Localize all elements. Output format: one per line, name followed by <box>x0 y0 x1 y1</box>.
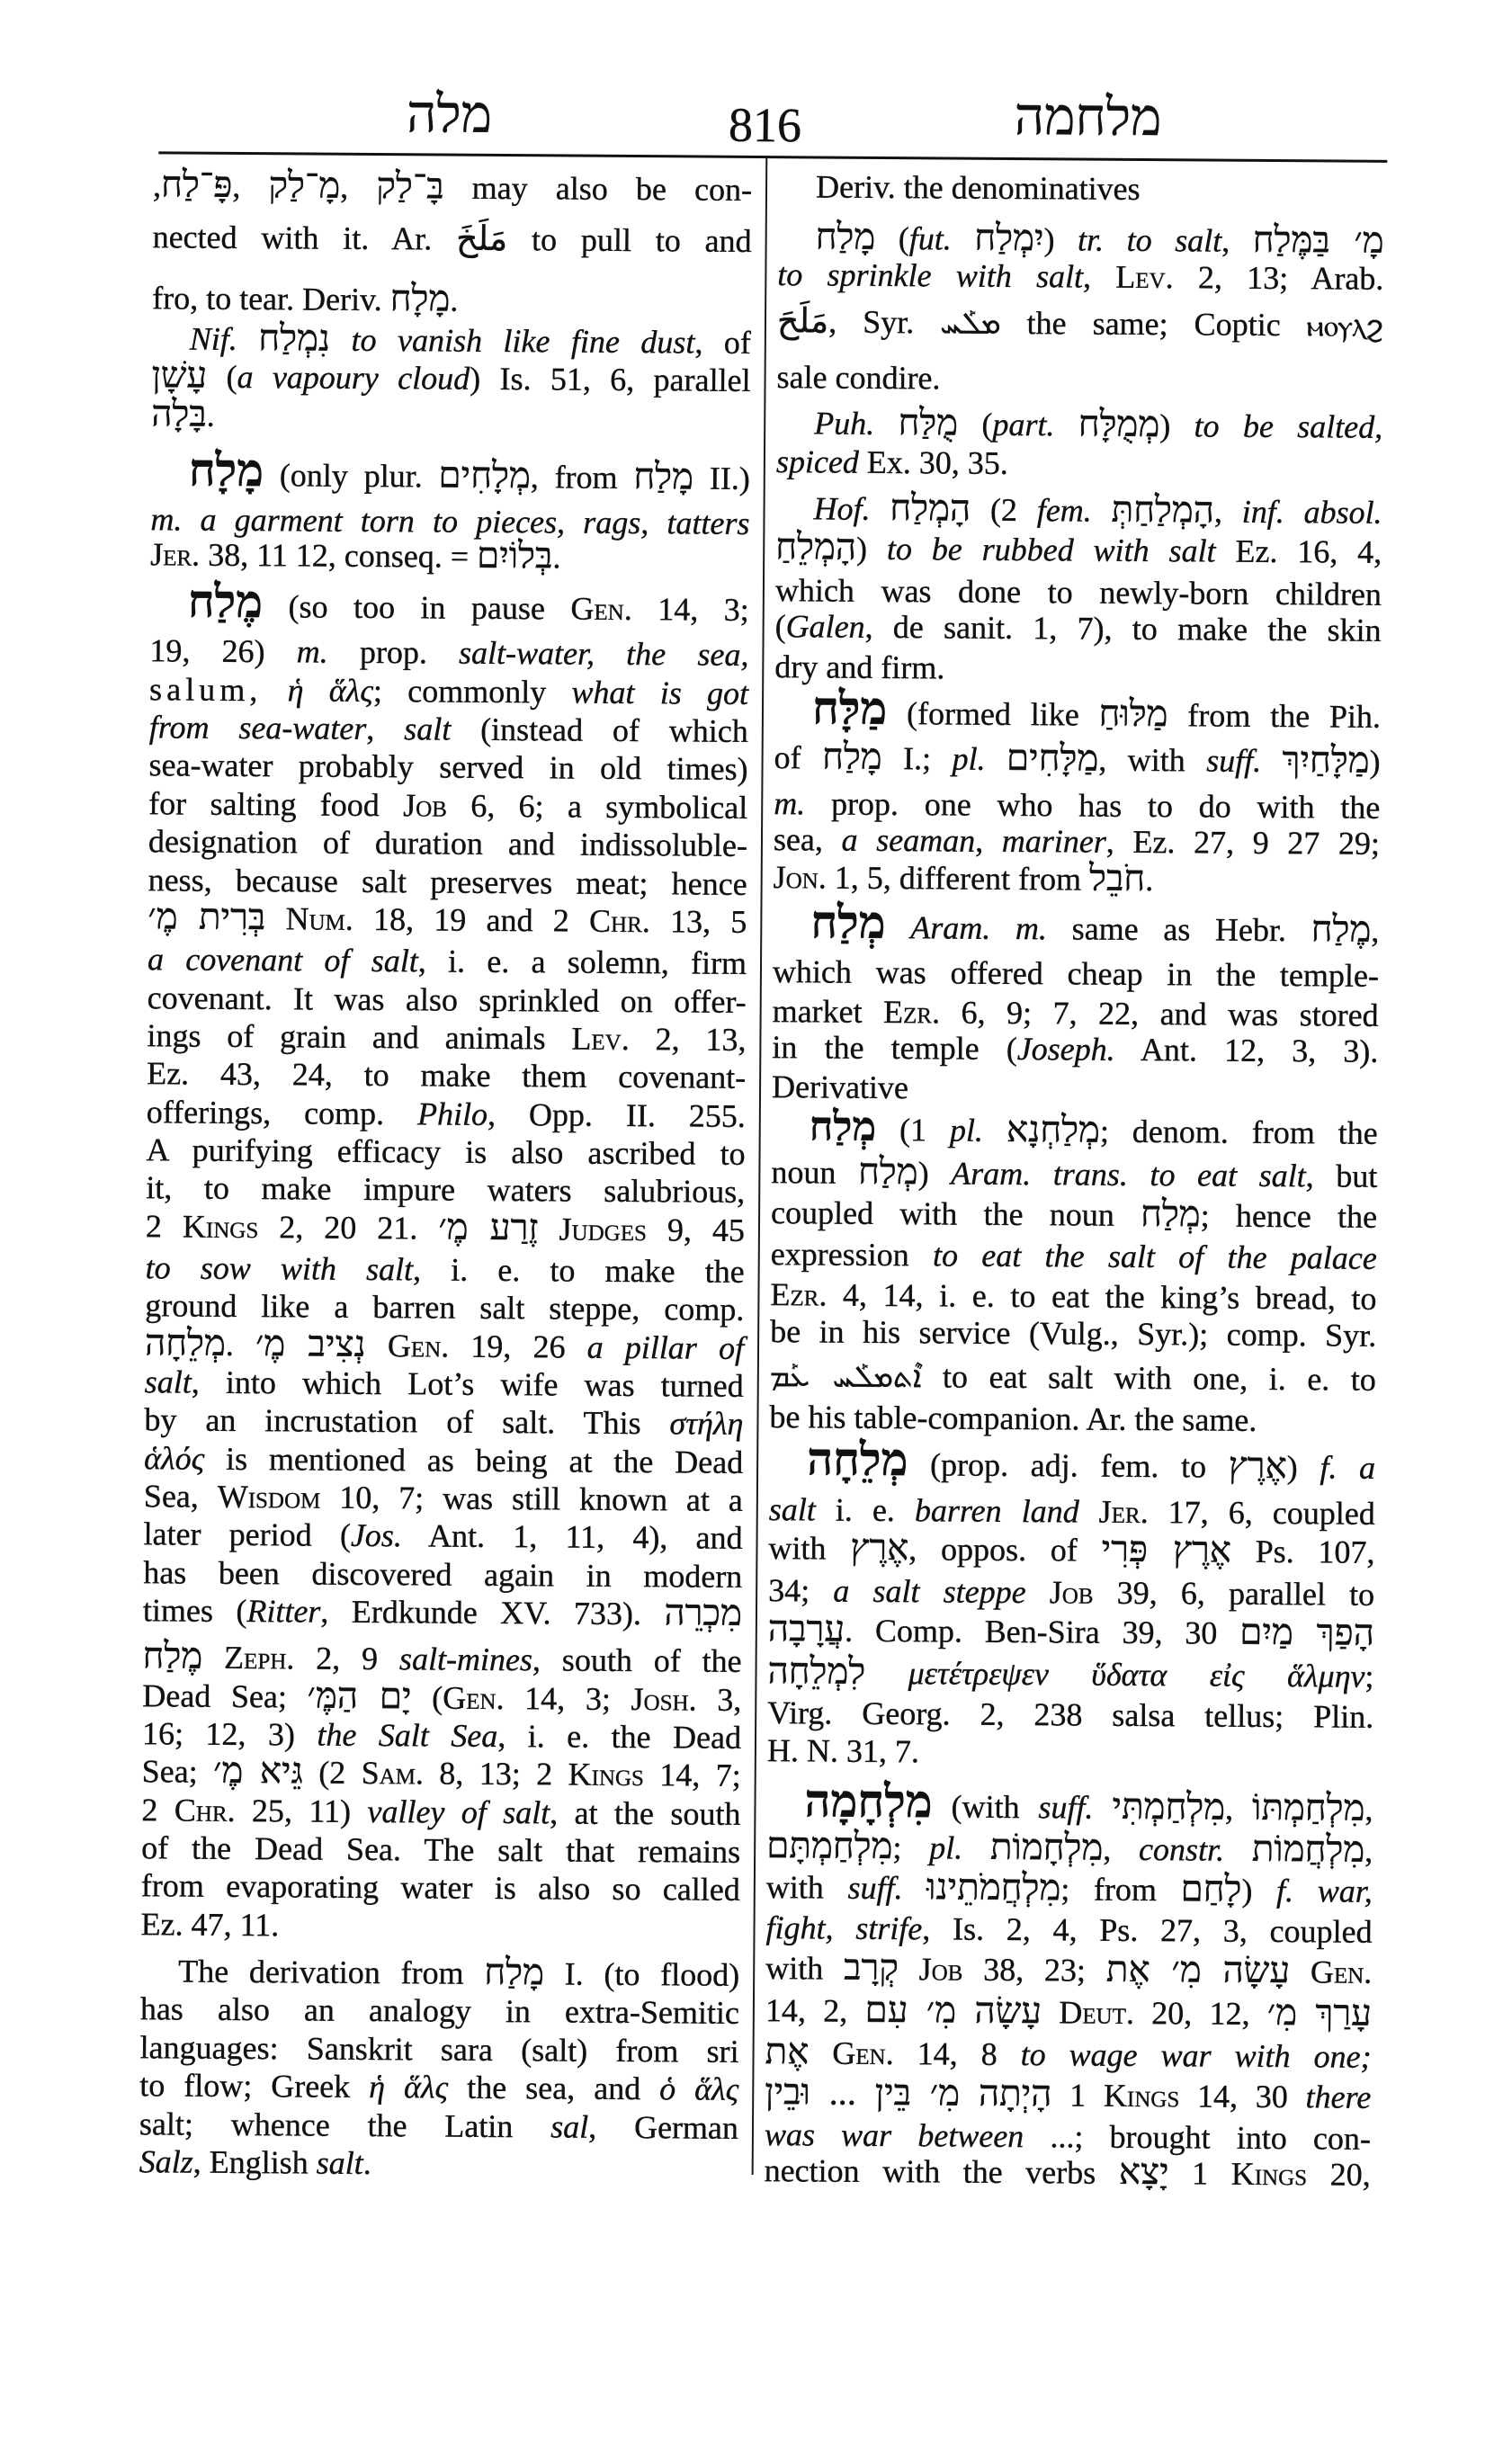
text-run <box>874 406 899 442</box>
text-run: ( <box>875 220 909 256</box>
text-run: ) <box>1287 1449 1320 1485</box>
text-run <box>1042 1994 1060 2030</box>
italic-run: m. <box>774 785 805 821</box>
italic-run: m. <box>297 634 328 670</box>
text-line: has been discovered again in modern <box>143 1553 742 1596</box>
text-run: dry and firm. <box>774 648 944 685</box>
text-run <box>865 1655 908 1691</box>
hebrew-word: עָשָׁן <box>151 355 207 396</box>
text-run: i. e. <box>816 1491 915 1528</box>
text-run: 2, 9 <box>294 1641 399 1677</box>
text-line: fro, to tear. Deriv. מָלָח. <box>152 279 751 321</box>
headword: מָלָח <box>189 445 264 496</box>
text-line: noun מְלַח) Aram. trans. to eat salt, bu… <box>771 1153 1377 1195</box>
text-run: ) <box>856 531 887 567</box>
text-run: of the Dead Sea. The salt that remains <box>141 1829 740 1870</box>
hebrew-word: מֶלַח <box>142 1636 202 1677</box>
text-line: spiced Ex. 30, 35. <box>776 443 1382 485</box>
text-run: ) <box>1241 1873 1276 1909</box>
text-line: Ezr. 4, 14, i. e. to eat the king’s brea… <box>770 1275 1376 1318</box>
italic-run: a pillar of <box>587 1328 745 1365</box>
small-caps-run: Job <box>1050 1575 1094 1611</box>
text-line: עָשָׁן (a vapoury cloud) Is. 51, 6, para… <box>151 358 750 400</box>
text-run: expression <box>771 1236 934 1273</box>
hebrew-word: מַלָּחַיִךְ <box>1282 740 1369 782</box>
text-line: by an incrustation of salt. This στήλη <box>144 1401 743 1444</box>
text-line: The derivation from מָלַח I. (to flood) <box>140 1952 739 1994</box>
text-run: 18, 19 and 2 <box>353 901 590 939</box>
text-line: nected with it. Ar. مَلَخَ to pull to an… <box>153 219 752 261</box>
text-run: The derivation from <box>178 1954 484 1991</box>
hebrew-word: מִלְחַמְתּוֹ <box>1252 1787 1365 1829</box>
text-run <box>366 1328 388 1364</box>
text-run: has been discovered again in modern <box>143 1554 742 1595</box>
text-line: Ez. 43, 24, to make them covenant- <box>147 1054 746 1096</box>
hebrew-word: בָּלָה <box>151 393 207 434</box>
small-caps-run: Jer. <box>150 536 200 572</box>
text-line: later period (Jos. Ant. 1, 11, 4), and <box>143 1516 742 1558</box>
text-run: , German <box>588 2108 738 2145</box>
italic-run: mariner <box>1002 823 1106 860</box>
text-run: ) <box>1043 222 1078 258</box>
italic-run: salt <box>317 2144 363 2180</box>
italic-run: what is got <box>571 674 748 711</box>
italic-run: to be rubbed with salt <box>887 531 1216 569</box>
headword: מֶלַח <box>188 577 264 628</box>
small-caps-run: Judges <box>559 1211 647 1247</box>
italic-run: the Salt Sea <box>317 1717 497 1754</box>
text-run: , <box>153 167 161 203</box>
text-run: ( <box>775 609 786 645</box>
italic-run: Hof. <box>813 491 870 527</box>
italic-run: pl. <box>929 1830 962 1866</box>
text-run: 2, 13, <box>630 1021 747 1058</box>
text-line: מְלַח (1 pl. מְלַחְנָא; denom. from the <box>772 1110 1378 1152</box>
text-run: 14, 3; <box>632 591 749 628</box>
italic-run: f. war, <box>1276 1873 1373 1909</box>
text-run: the same; Coptic <box>1000 305 1306 343</box>
text-line: in the temple (Joseph. Ant. 12, 3, 3). <box>772 1028 1378 1070</box>
small-caps-run: Josh. <box>631 1681 696 1718</box>
hebrew-word: מֶלַח <box>1311 908 1372 949</box>
text-line: which was done to newly-born children <box>775 571 1382 613</box>
greek-word: ἡ ἅλς <box>288 672 374 709</box>
italic-run: a covenant of salt <box>148 941 418 979</box>
running-head-right: מלחמה <box>971 91 1204 145</box>
text-run: market <box>773 993 884 1030</box>
text-run: Ez. 43, 24, to make them covenant- <box>147 1055 746 1095</box>
text-line: has also an analogy in extra-Semitic <box>140 1990 739 2033</box>
text-line: expression to eat the salt of the palace <box>771 1235 1377 1277</box>
text-run: , Syr. <box>828 304 940 341</box>
text-run: 14, 8 <box>894 2035 1021 2072</box>
text-run: H. N. 31, 7. <box>767 1732 919 1769</box>
text-run: Sea; <box>142 1754 214 1791</box>
text-run: , south of the <box>532 1642 742 1680</box>
text-run <box>202 1640 224 1676</box>
text-line: ܐܶܬܡܠܰܚ ܥܰܡ to eat salt with one, i. e. … <box>770 1356 1376 1399</box>
hebrew-word: מְמֻלָּח <box>1078 403 1160 444</box>
text-run: , at the south <box>550 1794 740 1831</box>
text-run: , English <box>193 2144 317 2181</box>
text-run: 38, 23; <box>962 1952 1106 1989</box>
text-line: Salz, English salt. <box>139 2142 738 2185</box>
italic-run: Galen <box>786 609 865 646</box>
hebrew-word: מְלַח <box>858 1151 918 1192</box>
text-run: be his table-companion. Ar. the same. <box>769 1399 1257 1438</box>
hebrew-word: מָלַח <box>816 217 876 257</box>
italic-run: valley of salt <box>367 1793 550 1830</box>
italic-run: part. <box>992 407 1054 443</box>
text-run: Ex. 30, 35. <box>859 444 1008 481</box>
text-run <box>262 672 288 708</box>
hebrew-word: מְלֵחָה <box>145 1322 226 1364</box>
text-run: Ez. 16, 4, <box>1215 532 1382 569</box>
text-run: , Is. 2, 4, Ps. 27, 3, coupled <box>922 1910 1373 1949</box>
text-run: Derivative <box>772 1069 908 1105</box>
italic-run: from sea-water <box>149 709 367 747</box>
hebrew-word: לִמְלֵחָה <box>767 1650 865 1692</box>
text-line: מָלַח (fut. יִמְלַח) tr. to salt, מָ׳ בַ… <box>778 219 1384 261</box>
text-line: salt, into which Lot’s wife was turned <box>145 1363 744 1405</box>
text-run: 14, 30 <box>1179 2079 1306 2115</box>
hebrew-word: יָם הַמֶּ׳ <box>307 1675 411 1716</box>
greek-word: μετέτρεψεν ὕδατα εἰς ἅλμην <box>908 1655 1365 1694</box>
text-run: Virg. Georg. 2, 238 salsa tellus; Plin. <box>767 1694 1373 1735</box>
text-run: . <box>226 1327 255 1363</box>
text-run: 17, 6, coupled <box>1149 1494 1375 1532</box>
text-line: 34; a salt steppe Job 39, 6, parallel to <box>768 1571 1374 1614</box>
italic-run: constr. <box>1139 1831 1224 1868</box>
text-run: (formed like <box>887 695 1099 733</box>
text-line: m. prop. one who has to do with the <box>774 784 1380 827</box>
small-caps-run: Kings <box>568 1757 644 1793</box>
text-run: , but <box>1306 1158 1378 1194</box>
text-run: 14, 3; <box>504 1680 631 1717</box>
text-run: , <box>1364 1792 1373 1828</box>
text-run: . <box>1145 862 1153 898</box>
text-run: with <box>765 1951 844 1988</box>
text-line: to sow with salt, i. e. to make the <box>146 1248 745 1291</box>
small-caps-run: Kings <box>1231 2156 1308 2193</box>
text-run: ) <box>1159 407 1194 443</box>
italic-run: a salt steppe <box>833 1573 1026 1610</box>
text-run: ; hence the <box>1201 1198 1378 1235</box>
text-run: ; from <box>1060 1871 1181 1908</box>
syriac-word: ܐܶܬܡܠܰܚ ܥܰܡ <box>770 1358 922 1395</box>
text-line: from evaporating water is also so called <box>141 1867 740 1909</box>
small-caps-run: Gen. <box>388 1328 450 1364</box>
text-run: 1, 5, different from <box>827 859 1090 897</box>
text-run: Ez. 47, 11. <box>140 1906 279 1943</box>
text-run: , Ez. 27, 9 27 29; <box>1106 824 1380 862</box>
text-run: 1 <box>1051 2078 1104 2114</box>
text-run: ings of grain and animals <box>147 1017 571 1056</box>
arabic-word: مَلَحَ <box>777 300 828 340</box>
italic-run: salt-water, the sea, <box>459 635 749 673</box>
italic-run: salt <box>769 1491 816 1527</box>
hebrew-word: מָ־לַק <box>268 165 340 206</box>
small-caps-run: Lev. <box>571 1020 630 1056</box>
text-run: sale condire. <box>776 360 940 397</box>
text-run <box>885 909 910 945</box>
text-line: be in his service (Vulg., Syr.); comp. S… <box>770 1312 1376 1355</box>
text-run: 6, 6; a symbolical <box>447 787 748 825</box>
text-run: (so too in pause <box>263 588 571 626</box>
text-line: ground like a barren salt steppe, comp. <box>145 1287 744 1329</box>
text-run: (1 <box>876 1111 950 1148</box>
text-run: , <box>1225 1791 1252 1827</box>
text-run: I.; <box>882 740 953 777</box>
text-run: , <box>1083 258 1116 294</box>
text-line: הָיְתָה מִ׳ בֵּין ... וּבֵין 1 Kings 14,… <box>765 2075 1371 2117</box>
text-run <box>1290 1954 1311 1990</box>
text-run: with <box>766 1869 848 1906</box>
text-run: sea, <box>774 821 842 858</box>
hebrew-word: הָמְלֵחַ <box>775 526 856 568</box>
small-caps-run: Jer. <box>1099 1493 1149 1529</box>
hebrew-word: מָלָח <box>390 278 451 318</box>
text-run: , i. e. the Dead <box>497 1718 741 1756</box>
italic-run: barren land <box>915 1492 1079 1529</box>
italic-run: spiced <box>776 443 859 480</box>
text-run: times ( <box>143 1592 247 1629</box>
text-line: مَلَحَ, Syr. ܡܠܰܚ the same; Coptic ⲙⲟⲩⲗϩ <box>777 302 1383 344</box>
text-run: ; <box>892 1829 929 1865</box>
text-run: 2, 20 21. <box>258 1209 438 1246</box>
small-caps-run: Gen. <box>1311 1954 1373 1990</box>
text-run: 25, 11) <box>235 1793 367 1829</box>
text-line: salum, ἡ ἅλς; commonly what is got <box>149 670 748 712</box>
text-run <box>1093 1790 1112 1826</box>
text-run <box>1079 1493 1099 1529</box>
italic-run: to wage war with one; <box>1021 2036 1372 2075</box>
text-run: in the temple ( <box>772 1029 1017 1067</box>
text-line: Dead Sea; יָם הַמֶּ׳ (Gen. 14, 3; Josh. … <box>142 1677 741 1719</box>
text-line: for salting food Job 6, 6; a symbolical <box>148 784 747 827</box>
greek-word: στήλη <box>669 1406 743 1443</box>
text-line: 2 Kings 2, 20 21. זֶרַע מֶ׳ Judges 9, 45 <box>146 1207 745 1249</box>
text-run: the sea, and <box>448 2070 659 2107</box>
italic-run: pl. <box>950 1112 983 1148</box>
text-run <box>870 491 890 527</box>
text-line: of the Dead Sea. The salt that remains <box>141 1829 740 1871</box>
text-run: ( <box>958 406 993 442</box>
text-run: . <box>207 397 215 433</box>
text-line: with אֶרֶץ, oppos. of אֶרֶץ פְּרִי Ps. 1… <box>768 1529 1374 1571</box>
text-line: Hof. הָמְלַח (2 fem. הָמְלַחַתְּ, inf. a… <box>775 490 1382 532</box>
italic-run: fight, strife <box>765 1909 922 1946</box>
italic-run: salt <box>145 1364 192 1399</box>
text-run: languages: Sanskrit sara (salt) from sri <box>139 2029 738 2070</box>
small-caps-run: Wisdom <box>218 1479 321 1516</box>
greek-word: ὁ ἅλς <box>659 2070 738 2107</box>
text-run: nection with the verbs <box>765 2152 1119 2191</box>
text-run: (with <box>932 1788 1038 1825</box>
text-line: מְלַח Aram. m. same as Hebr. מֶלַח, <box>773 908 1379 950</box>
text-run: ( <box>411 1679 443 1715</box>
italic-run: inf. absol. <box>1242 494 1382 531</box>
text-run: offerings, comp. <box>147 1094 417 1131</box>
text-run: is mentioned as being at the Dead <box>204 1440 743 1480</box>
text-run: prop. <box>328 634 460 671</box>
hebrew-word: זֶרַע מֶ׳ <box>438 1206 538 1247</box>
text-run: 16; 12, 3) <box>142 1715 318 1752</box>
running-head-left: מלה <box>332 88 566 142</box>
hebrew-word: עָשָׂה מִ׳ אֶת <box>1106 1949 1291 1990</box>
hebrew-word: מִלְחֲמוֹת <box>1252 1829 1365 1870</box>
text-run: which was done to newly-born children <box>775 572 1382 612</box>
hebrew-word: קְרָב <box>844 1947 899 1988</box>
text-run <box>265 900 286 936</box>
small-caps-run: Kings <box>183 1208 259 1245</box>
text-line: Jon. 1, 5, different from חֹבֵל. <box>774 858 1380 900</box>
greek-word: ἡ ἅλς <box>369 2069 448 2106</box>
text-line: ,פָּ־לַח, מָ־לַק, בָּ־לַק may also be co… <box>153 166 752 209</box>
text-line: sale condire. <box>776 359 1382 401</box>
text-run: , <box>1221 223 1253 259</box>
text-line: from sea-water, salt (instead of which <box>149 708 748 750</box>
hebrew-word: נְצִיב מֶ׳ <box>255 1323 366 1364</box>
text-run: fro, to tear. Deriv. <box>152 280 390 317</box>
hebrew-word: מִלְחַמְתָּם <box>766 1826 893 1867</box>
hebrew-word: גֵּיא מֶ׳ <box>213 1750 303 1792</box>
text-run <box>1224 1832 1252 1868</box>
text-run: 2 <box>141 1792 174 1828</box>
text-line: nection with the verbs יָצָא 1 Kings 20, <box>765 2151 1371 2194</box>
text-run: with <box>768 1530 850 1567</box>
hebrew-word: מָ׳ בַּמֶּלַח <box>1253 219 1384 261</box>
small-caps-run: Job <box>403 787 447 823</box>
text-run: , i. e. a solemn, firm <box>418 943 747 982</box>
text-run: . <box>552 539 560 575</box>
text-line: coupled with the noun מְלַח; hence the <box>771 1194 1377 1236</box>
text-run: A purifying efficacy is also ascribed to <box>146 1131 745 1172</box>
text-run: of <box>774 740 822 776</box>
small-caps-run: Gen. <box>570 591 632 627</box>
text-run: . <box>450 282 458 317</box>
text-line: 19, 26) m. prop. salt-water, the sea, <box>149 632 748 675</box>
text-line: which was offered cheap in the temple- <box>773 952 1379 995</box>
text-run: for salting food <box>148 785 403 823</box>
italic-run: to sow with salt <box>146 1249 414 1287</box>
text-run: Ant. 1, 11, 4), and <box>402 1518 743 1557</box>
text-run: Sea, <box>144 1478 218 1515</box>
text-run: , with <box>1098 742 1206 779</box>
italic-run: a seaman <box>841 822 975 859</box>
text-line: Sea, Wisdom 10, 7; was still known at a <box>144 1477 743 1519</box>
small-caps-run: Chr. <box>174 1792 236 1828</box>
hebrew-word: הָמְלַח <box>890 487 971 529</box>
hebrew-word: מַלּוּחַ <box>1098 693 1168 735</box>
small-caps-run: Jon. <box>774 859 827 895</box>
text-run: ( <box>207 359 237 395</box>
right-column: Deriv. the denominativesמָלַח (fut. יִמְ… <box>765 167 1385 2194</box>
text-line: offerings, comp. Philo, Opp. II. 255. <box>147 1093 746 1135</box>
text-line: a covenant of salt, i. e. a solemn, firm <box>148 940 747 982</box>
hebrew-word: לָחַם <box>1180 1868 1241 1909</box>
text-run <box>237 321 259 357</box>
text-line: אֶת Gen. 14, 8 to wage war with one; <box>765 2034 1371 2076</box>
text-run: ...; brought into con- <box>1024 2118 1371 2157</box>
text-run: . Comp. Ben-Sira 39, 30 <box>845 1612 1239 1650</box>
text-line: מְלֵחָה. נְצִיב מֶ׳ Gen. 19, 26 a pillar… <box>145 1325 744 1367</box>
text-run: . <box>363 2145 371 2181</box>
italic-run: a vapoury cloud <box>237 359 470 397</box>
text-run: II.) <box>693 460 750 496</box>
italic-run: to eat the salt of the palace <box>933 1237 1377 1275</box>
text-run: , oppos. of <box>908 1531 1102 1568</box>
text-line: salt i. e. barren land Jer. 17, 6, coupl… <box>769 1490 1375 1533</box>
hebrew-word: בְּלוֹיִם <box>477 535 553 577</box>
italic-run: Nif. <box>190 321 237 357</box>
hebrew-word: מָלַח <box>822 737 882 777</box>
text-run: Dead Sea; <box>142 1677 308 1714</box>
italic-run: Salz <box>139 2143 193 2179</box>
text-line: H. N. 31, 7. <box>767 1731 1373 1774</box>
text-run: noun <box>771 1154 858 1191</box>
italic-run: Ritter <box>246 1593 320 1630</box>
italic-run: was war between <box>765 2116 1024 2154</box>
text-line: מִלְחַמְתָּם; pl. מִלְחָמוֹת, constr. מִ… <box>766 1829 1373 1871</box>
text-line: to sprinkle with salt, Lev. 2, 13; Arab. <box>777 255 1383 298</box>
text-run: it, to make impure waters salubrious, <box>146 1170 745 1211</box>
text-run: ) Is. 51, 6, parallel <box>470 361 751 398</box>
text-line: מַלָּח (formed like מַלּוּחַ from the Pi… <box>774 693 1381 736</box>
text-run: from evaporating water is also so called <box>141 1868 740 1909</box>
text-run: , <box>1371 913 1379 949</box>
text-line: בְּרִית מֶ׳ Num. 18, 19 and 2 Chr. 13, 5 <box>148 899 747 941</box>
italic-run: salt <box>404 711 451 747</box>
text-line: it, to make impure waters salubrious, <box>146 1169 745 1212</box>
text-run: prop. one who has to do with the <box>805 785 1380 825</box>
text-line: Ez. 47, 11. <box>140 1905 739 1947</box>
text-run <box>538 1211 559 1247</box>
italic-run: pl. <box>952 741 985 777</box>
text-run: be in his service (Vulg., Syr.); comp. S… <box>770 1313 1376 1354</box>
text-run: , <box>232 168 268 204</box>
text-run: 34; <box>768 1572 833 1609</box>
text-run: , <box>975 823 1002 859</box>
text-run: 13, 5 <box>650 903 747 940</box>
text-run: ; denom. from the <box>1100 1113 1378 1150</box>
text-line: מֶלַח Zeph. 2, 9 salt-mines, south of th… <box>142 1639 741 1681</box>
hebrew-word: מִלְחַמְתִּי <box>1112 1786 1225 1828</box>
hebrew-word: אֶרֶץ <box>1229 1445 1287 1486</box>
text-run: 9, 45 <box>647 1212 745 1248</box>
hebrew-word: בְּרִית מֶ׳ <box>148 896 265 937</box>
text-run: ness, because salt preserves meat; hence <box>148 862 747 902</box>
hebrew-word: מִלְחֲמֹתֵינוּ <box>926 1866 1060 1908</box>
text-line: sea-water probably served in old times) <box>148 747 747 789</box>
text-run: (2 <box>971 492 1037 529</box>
small-caps-run: Sam. <box>362 1755 425 1791</box>
text-run: , Erdkunde XV. 733). <box>320 1594 664 1632</box>
text-run: 2, 13; Arab. <box>1174 259 1384 297</box>
hebrew-word: מְלָחִים <box>438 455 531 496</box>
headword: מְלַח <box>810 1104 877 1149</box>
italic-run: Aram. trans. to eat salt <box>951 1155 1306 1194</box>
text-run: to flow; Greek <box>139 2067 369 2105</box>
syriac-word: ܡܠܰܚ <box>940 305 1001 341</box>
text-run: has also an analogy in extra-Semitic <box>140 1991 739 2032</box>
hebrew-word: נִמְלַח <box>258 317 330 359</box>
text-run: ground like a barren salt steppe, comp. <box>145 1288 744 1328</box>
text-run <box>1054 407 1078 443</box>
text-run <box>330 322 352 358</box>
hebrew-word: מִלְחָמוֹת <box>990 1827 1104 1868</box>
text-line: מִלְחָמָה (with suff. מִלְחַמְתִּי, מִלְ… <box>766 1786 1373 1829</box>
